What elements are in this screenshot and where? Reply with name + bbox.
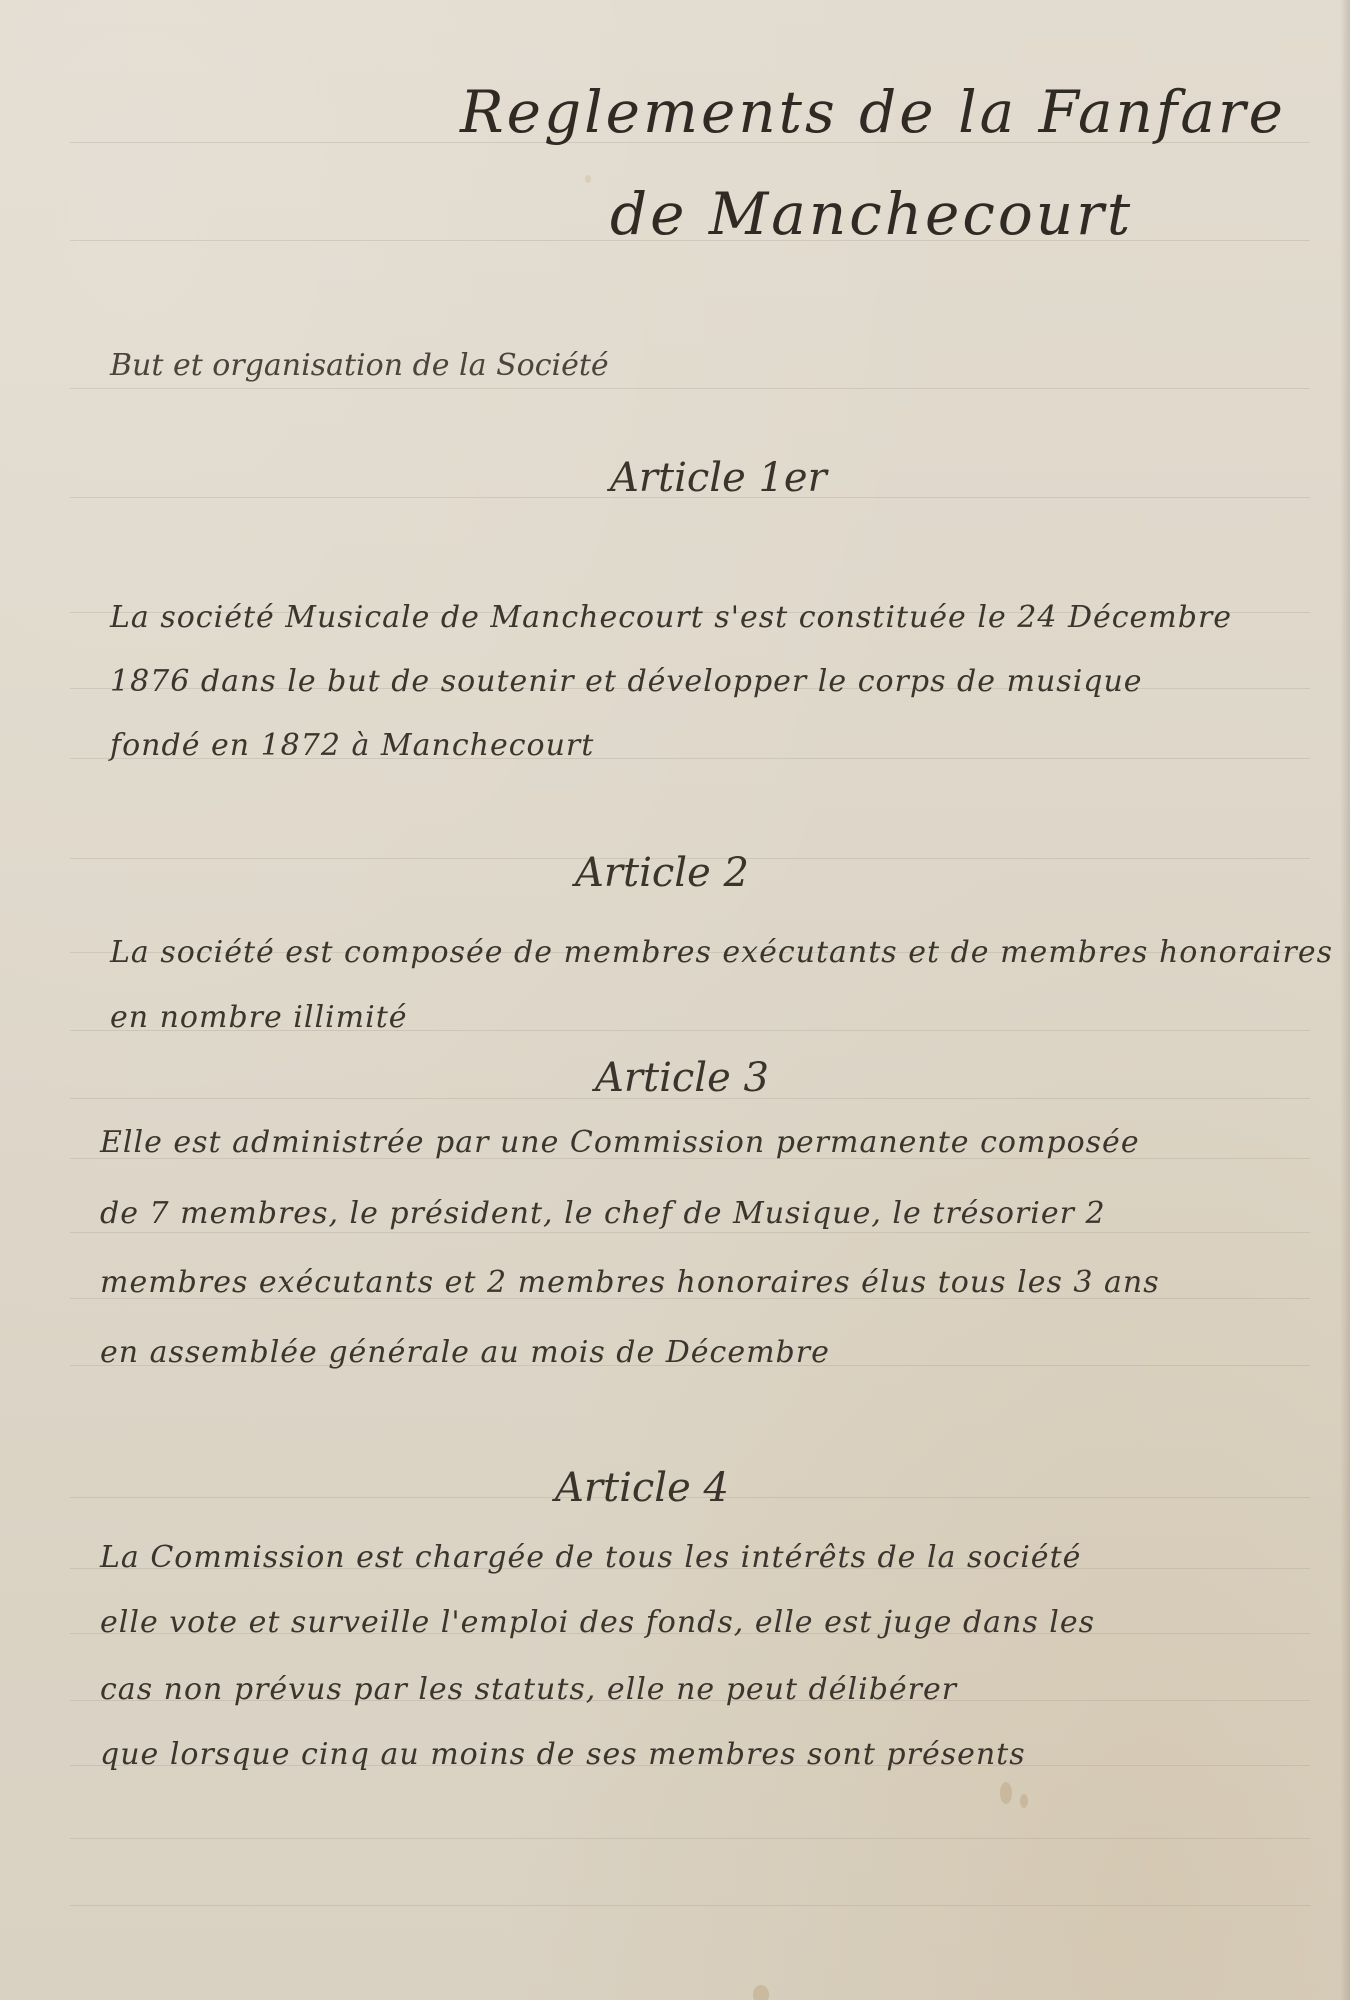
article-3-heading: Article 3	[595, 1055, 769, 1101]
article-3-line: Elle est administrée par une Commission …	[100, 1125, 1140, 1160]
article-1-line: La société Musicale de Manchecourt s'est…	[110, 600, 1232, 635]
article-3-line: en assemblée générale au mois de Décembr…	[100, 1335, 830, 1370]
section-heading: But et organisation de la Société	[110, 348, 609, 383]
article-3-line: de 7 membres, le président, le chef de M…	[100, 1196, 1106, 1231]
article-4-line: que lorsque cinq au moins de ses membres…	[100, 1737, 1026, 1772]
paper-stain	[753, 1985, 769, 2000]
manuscript-page: Reglements de la Fanfare de Manchecourt …	[0, 0, 1350, 2000]
article-3-line: membres exécutants et 2 membres honorair…	[100, 1265, 1160, 1300]
article-1-line: 1876 dans le but de soutenir et développ…	[110, 664, 1143, 699]
ruled-line	[70, 1905, 1310, 1906]
ruled-line	[70, 1838, 1310, 1839]
ruled-line	[70, 388, 1310, 389]
paper-stain	[585, 175, 591, 183]
ink-stain	[1020, 1794, 1028, 1808]
document-title-line-2: de Manchecourt	[610, 180, 1133, 248]
article-4-heading: Article 4	[555, 1465, 729, 1511]
article-2-line: en nombre illimité	[110, 1000, 408, 1035]
ink-stain	[1000, 1782, 1012, 1804]
document-title-line-1: Reglements de la Fanfare	[460, 78, 1286, 146]
ruled-line	[70, 1232, 1310, 1233]
article-1-heading: Article 1er	[610, 455, 827, 501]
article-1-line: fondé en 1872 à Manchecourt	[110, 728, 594, 763]
article-4-line: elle vote et surveille l'emploi des fond…	[100, 1605, 1095, 1640]
article-4-line: La Commission est chargée de tous les in…	[100, 1540, 1081, 1575]
page-edge-shadow	[1340, 0, 1350, 2000]
article-4-line: cas non prévus par les statuts, elle ne …	[100, 1672, 957, 1707]
article-2-line: La société est composée de membres exécu…	[110, 935, 1333, 970]
article-2-heading: Article 2	[575, 850, 749, 896]
